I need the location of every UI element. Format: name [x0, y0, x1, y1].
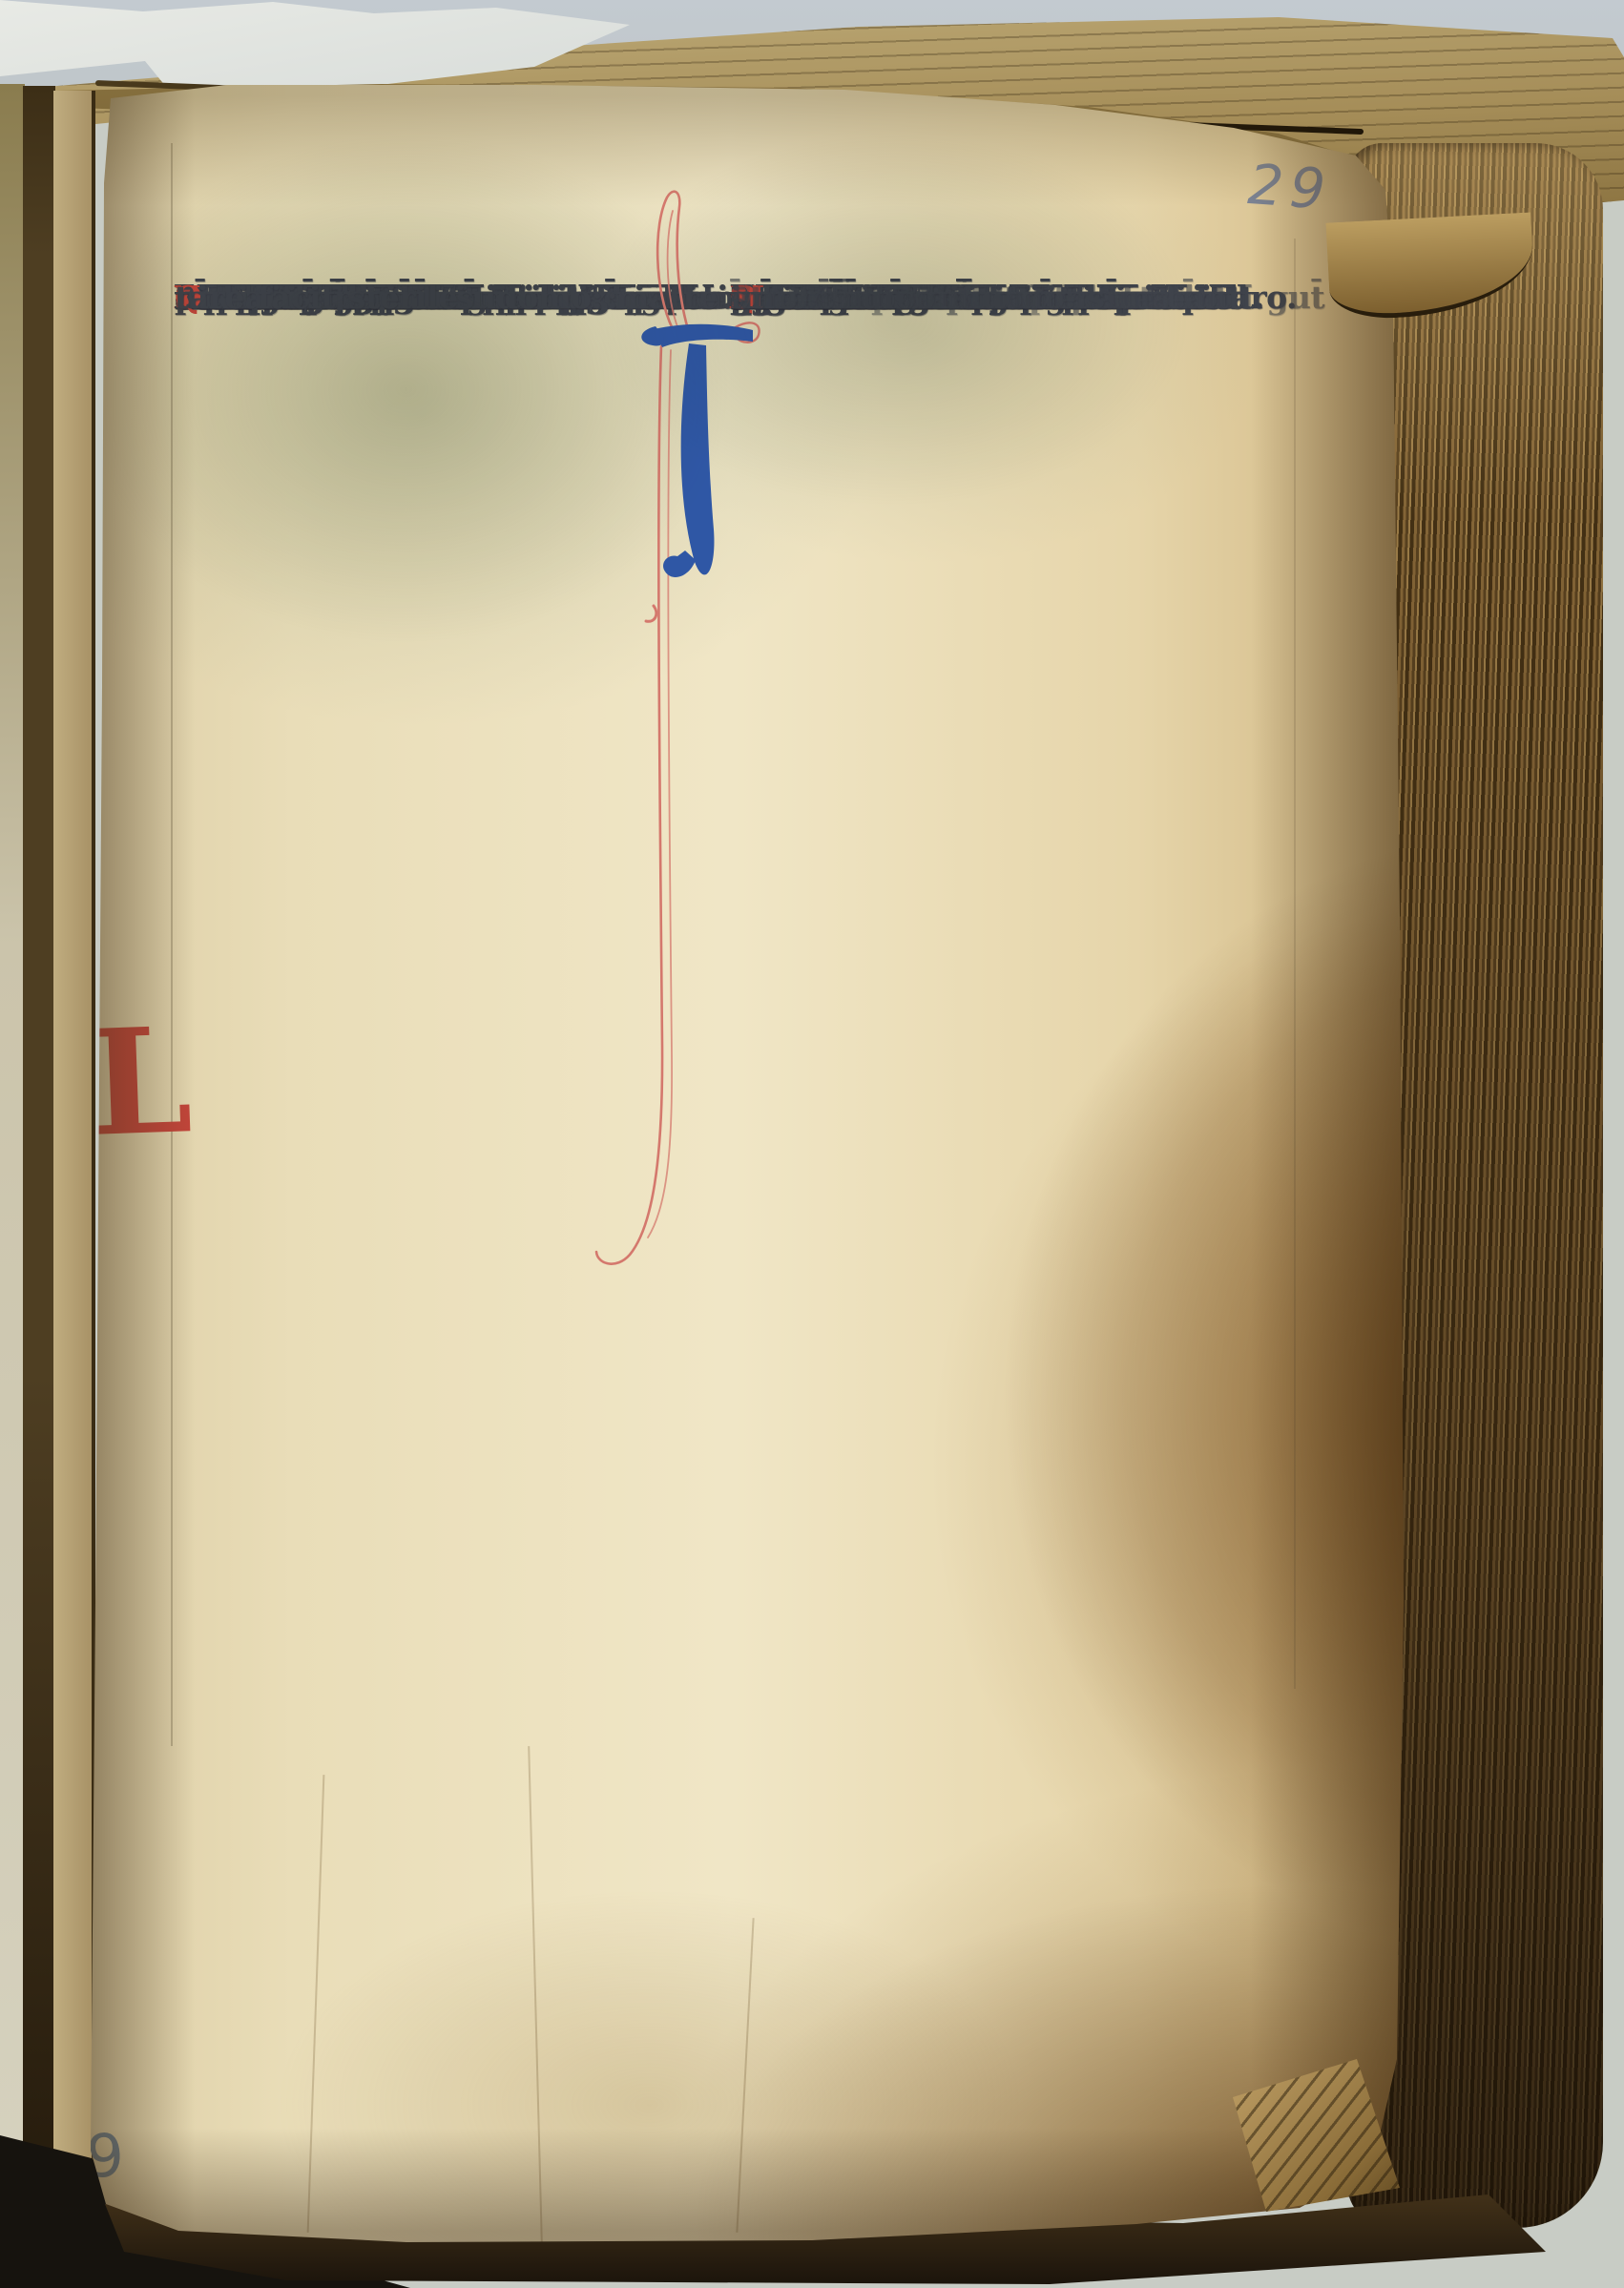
manuscript-photo: benedicet̄. Glia 7 diuitie ī domo ei' 7 …: [0, 0, 1624, 2288]
parchment-stains: [0, 0, 1624, 2288]
parchment-crease: [736, 1918, 754, 2233]
manuscript-page: benedicet̄. Glia 7 diuitie ī domo ei' 7 …: [0, 0, 1624, 2288]
initial-i-in-exitu: [587, 186, 778, 1302]
ruling-line-left: [171, 143, 173, 1746]
ink-text: et om̄s q̄ cōfidūt ī eis.: [730, 279, 1114, 316]
spine-facing-leaf: [53, 91, 95, 2220]
page-edge-vignette: [0, 0, 1624, 2288]
parchment-crease: [528, 1746, 543, 2242]
folio-number-pencil: 29: [1246, 152, 1334, 222]
ruling-line-right: [1294, 239, 1296, 1689]
spine-gutter-dark: [23, 86, 55, 2228]
spine-edge-outer: [0, 84, 25, 2236]
parchment-crease: [307, 1775, 325, 2233]
